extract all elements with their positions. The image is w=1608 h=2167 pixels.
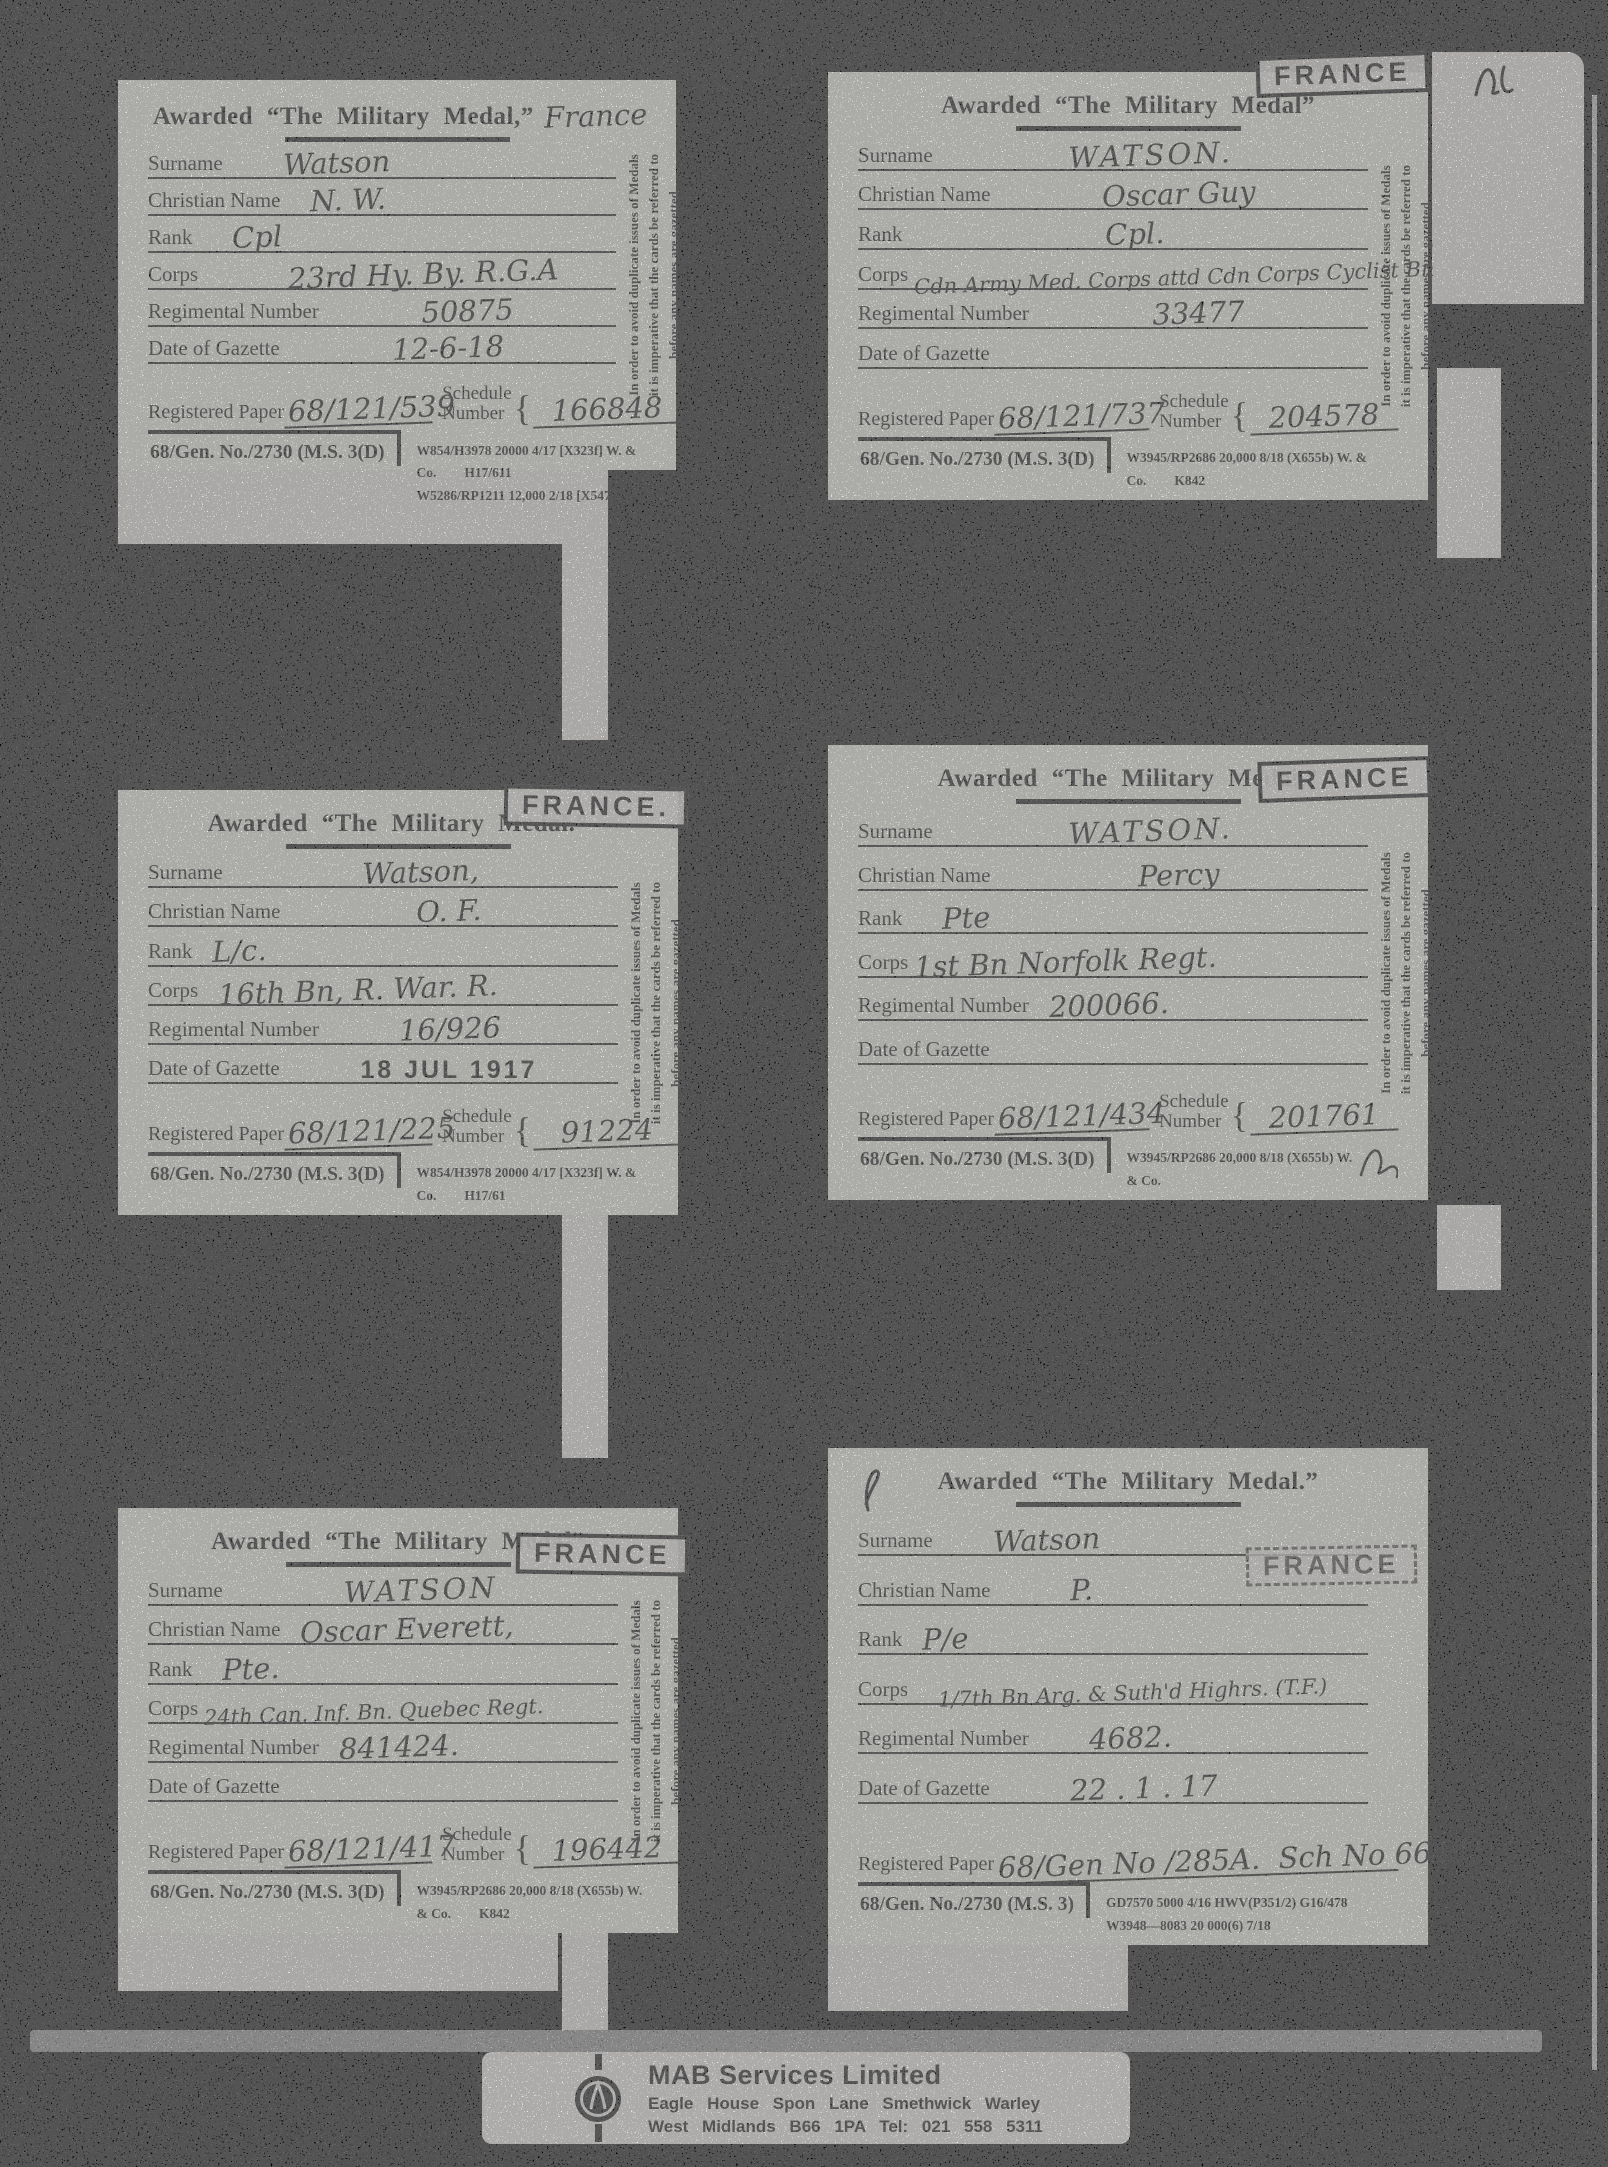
field-value: 22 . 1 . 17 (1069, 1771, 1218, 1805)
field-label: Regimental Number (858, 301, 1029, 326)
title-rule (1016, 126, 1241, 131)
form-code: 68/Gen. No./2730 (M.S. 3(D) (148, 1870, 401, 1906)
field-value (990, 361, 1368, 374)
card-fields: SurnameWATSON. Christian NameOscar Guy R… (858, 131, 1368, 371)
field-value: P/e (922, 1625, 969, 1656)
card-header: Awarded “The Military Medal” (858, 92, 1398, 131)
form-code: 68/Gen. No./2730 (M.S. 3(D) (148, 1152, 401, 1188)
form-code: 68/Gen. No./2730 (M.S. 3(D) (148, 430, 401, 466)
footer-text: MAB Services Limited Eagle House Spon La… (648, 2060, 1043, 2137)
duplicate-issue-warning: In order to avoid duplicate issues of Me… (1378, 72, 1434, 500)
registered-paper-value: 68/121/417 (284, 1833, 433, 1869)
field-christian-name: Christian NameO. F. (148, 890, 618, 927)
field-label: Registered Paper (148, 401, 284, 424)
field-label: Rank (148, 225, 192, 250)
field-surname: SurnameWATSON. (858, 134, 1368, 171)
field-label: Christian Name (858, 182, 990, 207)
form-code: 68/Gen. No./2730 (M.S. 3(D) (858, 1137, 1111, 1173)
field-value: 50875 (318, 292, 616, 331)
field-surname: SurnameWatson (148, 142, 616, 179)
card-header: Awarded “The Military Medal.” (858, 1468, 1398, 1507)
scan-shadow-band (118, 740, 678, 792)
brace-glyph: { (1231, 399, 1248, 431)
medal-card-watson-p: FRANCE Awarded “The Military Medal.” Sur… (828, 1448, 1428, 1945)
scan-artifact (562, 1933, 608, 2045)
field-label: Regimental Number (858, 993, 1029, 1018)
title-rule (286, 844, 511, 849)
field-corps: Corps16th Bn, R. War. R. (148, 969, 618, 1006)
scan-shadow-band (30, 2030, 1542, 2052)
card-header: Awarded “The Military Medal,” France (148, 100, 646, 142)
field-label: Corps (148, 978, 198, 1003)
medal-card-watson-oscar-guy: FRANCE Awarded “The Military Medal” Surn… (828, 72, 1428, 500)
scan-shadow-band (140, 34, 676, 82)
print-codes: W3945/RP2686 20,000 8/18 (X655b) W. & Co… (1127, 1137, 1354, 1192)
field-label: Surname (858, 1528, 933, 1553)
registered-paper-value: 68/121/539 (284, 392, 433, 428)
field-value: P. (1070, 1576, 1094, 1606)
card-footer: 68/Gen. No./2730 (M.S. 3(D) W854/H3978 2… (148, 430, 646, 507)
field-label: Rank (148, 939, 192, 964)
field-value: Watson (992, 1525, 1100, 1558)
medal-card-watson-nw: Awarded “The Military Medal,” France Sur… (118, 80, 676, 470)
field-regimental-number: Regimental Number16/926 (148, 1008, 618, 1045)
print-line: W5286/RP1211 12,000 2/18 [X547d] (417, 485, 646, 507)
field-corps: Corps24th Can. Inf. Bn. Quebec Regt. (148, 1687, 618, 1724)
field-rank: RankCpl (148, 216, 616, 253)
france-stamp: FRANCE (1245, 1545, 1416, 1587)
field-rank: RankP/e (858, 1618, 1368, 1655)
france-stamp: FRANCE (1257, 756, 1431, 803)
field-regimental-number: Regimental Number33477 (858, 292, 1368, 329)
field-date-of-gazette: Date of Gazette (858, 1028, 1368, 1065)
field-label: Regimental Number (858, 1726, 1029, 1751)
field-value: WATSON (222, 1569, 618, 1612)
field-value: 4682. (1088, 1723, 1172, 1755)
field-value: Pte (942, 904, 991, 935)
field-label: Registered Paper (858, 408, 994, 431)
field-rank: RankPte. (148, 1648, 618, 1685)
field-label: Registered Paper (858, 1853, 994, 1876)
field-label: Rank (148, 1657, 192, 1682)
card-footer: 68/Gen. No./2730 (M.S. 3(D) W854/H3978 2… (148, 1152, 648, 1207)
card-footer: 68/Gen. No./2730 (M.S. 3(D) W3945/RP2686… (858, 437, 1398, 492)
field-label: Corps (148, 262, 198, 287)
scan-artifact (1437, 368, 1501, 558)
registered-paper-value: 68/121/737 (994, 400, 1150, 436)
field-surname: SurnameWATSON. (858, 810, 1368, 847)
scan-artifact (562, 470, 608, 745)
scan-artifact (562, 1215, 608, 1460)
footer-address-line1: Eagle House Spon Lane Smethwick Warley (648, 2094, 1043, 2114)
field-value: N. W. (310, 185, 387, 217)
scan-artifact (118, 1933, 558, 1991)
print-line: W3945/RP2686 20,000 8/18 (X655b) W. & Co… (1127, 1147, 1354, 1192)
registered-paper-row: Registered Paper 68/121/737 ScheduleNumb… (858, 379, 1398, 431)
field-value: 12-6-18 (279, 328, 616, 369)
field-label: Surname (148, 1578, 223, 1603)
print-codes: GD7570 5000 4/16 HWV(P351/2) G16/478 W39… (1106, 1882, 1348, 1937)
field-value: 1st Bn Norfolk Regt. (914, 943, 1218, 983)
field-surname: SurnameWatson, (148, 851, 618, 888)
france-stamp: FRANCE. (504, 784, 689, 828)
field-value: Oscar Everett, (300, 1612, 514, 1648)
field-value: O. F. (280, 892, 618, 933)
field-label: Christian Name (148, 899, 280, 924)
scan-artifact (1437, 1205, 1501, 1290)
field-value: 200066. (1048, 989, 1169, 1022)
field-label: Christian Name (858, 863, 990, 888)
field-label: Corps (858, 1677, 908, 1702)
field-christian-name: Christian NamePercy (858, 854, 1368, 891)
scan-shadow-band (118, 1458, 678, 1510)
field-value: 23rd Hy. By. R.G.A (288, 255, 559, 293)
registered-paper-row: Registered Paper 68/121/417 ScheduleNumb… (148, 1812, 648, 1864)
brace-glyph: { (514, 392, 531, 424)
card-fields: SurnameWATSON Christian NameOscar Everet… (148, 1567, 618, 1804)
field-rank: RankCpl. (858, 213, 1368, 250)
field-label: Registered Paper (148, 1123, 284, 1146)
card-title: Awarded “The Military Medal,” (153, 103, 534, 130)
registered-paper-row: Registered Paper 68/121/539 ScheduleNumb… (148, 372, 646, 424)
field-value: 16/926 (398, 1013, 501, 1046)
schedule-number-value: Sch No 66491. (1278, 1834, 1497, 1876)
field-label: Rank (858, 906, 902, 931)
gazette-date-stamp: 18 JUL 1917 (280, 1058, 618, 1083)
registered-paper-row: Registered Paper 68/121/434 ScheduleNumb… (858, 1079, 1398, 1131)
card-footer: 68/Gen. No./2730 (M.S. 3(D) W3945/RP2686… (148, 1870, 648, 1925)
card-title: Awarded “The Military Medal.” (938, 1468, 1319, 1495)
title-rule (1016, 1502, 1241, 1507)
field-label: Date of Gazette (148, 336, 280, 361)
scan-shadow-band (828, 696, 1432, 747)
field-date-of-gazette: Date of Gazette22 . 1 . 17 (858, 1767, 1368, 1804)
field-label: Surname (858, 143, 933, 168)
field-value: Watson (282, 147, 390, 180)
card-footer: 68/Gen. No./2730 (M.S. 3(D) W3945/RP2686… (858, 1137, 1398, 1192)
field-label: Surname (148, 151, 223, 176)
field-date-of-gazette: Date of Gazette12-6-18 (148, 327, 616, 364)
print-line: W854/H3978 20000 4/17 [X323f] W. & Co.H1… (417, 440, 646, 485)
france-stamp: FRANCE (1255, 51, 1429, 98)
registered-paper-value: 68/121/434 (994, 1100, 1150, 1136)
field-regimental-number: Regimental Number200066. (858, 984, 1368, 1021)
field-label: Christian Name (148, 188, 280, 213)
footer-company: MAB Services Limited (648, 2060, 1043, 2091)
field-label: Corps (858, 262, 908, 287)
registered-paper-row: Registered Paper 68/Gen No /285A. Sch No… (858, 1824, 1398, 1876)
field-regimental-number: Regimental Number50875 (148, 290, 616, 327)
field-christian-name: Christian NameOscar Everett, (148, 1608, 618, 1645)
medal-card-watson-oscar-everett: FRANCE Awarded “The Military Medal” Surn… (118, 1508, 678, 1933)
field-label: Date of Gazette (148, 1056, 280, 1081)
registered-paper-row: Registered Paper 68/121/225 ScheduleNumb… (148, 1094, 648, 1146)
field-regimental-number: Regimental Number4682. (858, 1717, 1368, 1754)
field-label: Rank (858, 222, 902, 247)
field-corps: Corps23rd Hy. By. R.G.A (148, 253, 616, 290)
registered-paper-value: 68/Gen No /285A. Sch No 66491. (994, 1840, 1399, 1885)
field-label: Surname (148, 860, 223, 885)
scan-shadow-band (828, 1398, 1432, 1450)
field-value: WATSON. (932, 133, 1368, 177)
print-codes: W3945/RP2686 20,000 8/18 (X655b) W. & Co… (1127, 437, 1398, 492)
field-value (990, 1057, 1368, 1070)
field-label: Date of Gazette (858, 1037, 990, 1062)
card-body: Awarded “The Military Medal.” SurnameWAT… (828, 745, 1428, 1200)
france-stamp: FRANCE (515, 1532, 688, 1576)
scan-artifact (1592, 95, 1597, 2070)
card-fields: SurnameWatson, Christian NameO. F. RankL… (148, 849, 618, 1086)
print-line: W3948—8083 20 000(6) 7/18 (1106, 1915, 1348, 1937)
duplicate-issue-warning: In order to avoid duplicate issues of Me… (626, 80, 682, 470)
field-label: Regimental Number (148, 1735, 319, 1760)
field-corps: CorpsCdn Army Med. Corps attd Cdn Corps … (858, 253, 1368, 290)
field-label: Date of Gazette (858, 1776, 990, 1801)
field-value: 1/7th Bn Arg. & Suth'd Highrs. (T.F.) (938, 1676, 1328, 1711)
field-label: Corps (148, 1696, 198, 1721)
schedule-label: ScheduleNumber (1159, 392, 1229, 432)
brace-glyph: { (514, 1832, 531, 1864)
field-label: Christian Name (858, 1578, 990, 1603)
print-line: W854/H3978 20000 4/17 [X323f] W. & Co.H1… (417, 1162, 648, 1207)
card-fields: SurnameWATSON. Christian NamePercy RankP… (858, 804, 1368, 1071)
field-value: 16th Bn, R. War. R. (218, 971, 499, 1010)
schedule-label: ScheduleNumber (1159, 1092, 1229, 1132)
mab-logo (574, 2054, 622, 2142)
field-date-of-gazette: Date of Gazette18 JUL 1917 (148, 1047, 618, 1084)
field-label: Corps (858, 950, 908, 975)
field-christian-name: Christian NameN. W. (148, 179, 616, 216)
card-footer: 68/Gen. No./2730 (M.S. 3) GD7570 5000 4/… (858, 1882, 1398, 1937)
field-value: L/c. (212, 936, 267, 967)
field-christian-name: Christian NameOscar Guy (858, 173, 1368, 210)
field-label: Rank (858, 1627, 902, 1652)
field-value: 24th Can. Inf. Bn. Quebec Regt. (204, 1696, 544, 1729)
field-rank: RankL/c. (148, 930, 618, 967)
field-label: Date of Gazette (148, 1774, 280, 1799)
scanned-page: Awarded “The Military Medal,” France Sur… (0, 0, 1608, 2167)
pen-mark (854, 1460, 890, 1516)
registered-paper-value: 68/121/225 (284, 1115, 433, 1151)
field-label: Regimental Number (148, 1017, 319, 1042)
pen-scribble (1468, 55, 1530, 107)
field-regimental-number: Regimental Number841424. (148, 1726, 618, 1763)
field-label: Christian Name (148, 1617, 280, 1642)
print-codes: W854/H3978 20000 4/17 [X323f] W. & Co.H1… (417, 430, 646, 507)
field-value: 841424. (338, 1731, 459, 1764)
brace-glyph: { (1231, 1099, 1248, 1131)
medal-card-watson-of: FRANCE. Awarded “The Military Medal.” Su… (118, 790, 678, 1215)
field-value: WATSON. (932, 810, 1368, 854)
field-value: Oscar Guy (990, 174, 1368, 216)
field-surname: SurnameWATSON (148, 1569, 618, 1606)
card-body: Awarded “The Military Medal,” France Sur… (118, 80, 676, 470)
field-label: Registered Paper (148, 1841, 284, 1864)
brace-glyph: { (514, 1114, 531, 1146)
field-label: Date of Gazette (858, 341, 990, 366)
field-date-of-gazette: Date of Gazette (148, 1765, 618, 1802)
scan-artifact (828, 1945, 1128, 2011)
field-value (280, 1795, 618, 1807)
field-value: Cpl (232, 222, 283, 253)
print-line: W3945/RP2686 20,000 8/18 (X655b) W. & Co… (1127, 447, 1398, 492)
mab-footer: MAB Services Limited Eagle House Spon La… (482, 2052, 1130, 2144)
field-rank: RankPte (858, 897, 1368, 934)
field-value: Pte. (222, 1654, 281, 1685)
field-date-of-gazette: Date of Gazette (858, 332, 1368, 369)
field-corps: Corps1/7th Bn Arg. & Suth'd Highrs. (T.F… (858, 1668, 1368, 1705)
title-rule (286, 1562, 511, 1567)
medal-card-watson-percy: FRANCE Awarded “The Military Medal.” Sur… (828, 745, 1428, 1200)
field-value: 33477 (1028, 293, 1368, 334)
title-rule (1016, 799, 1241, 804)
card-body: Awarded “The Military Medal.” SurnameWat… (118, 790, 678, 1215)
field-label: Surname (858, 819, 933, 844)
print-codes: W3945/RP2686 20,000 8/18 (X655b) W. & Co… (417, 1870, 648, 1925)
duplicate-issue-warning: In order to avoid duplicate issues of Me… (1378, 745, 1434, 1200)
card-body: Awarded “The Military Medal.” SurnameWat… (828, 1448, 1428, 1945)
duplicate-issue-warning: In order to avoid duplicate issues of Me… (628, 790, 684, 1215)
card-body: Awarded “The Military Medal” SurnameWATS… (828, 72, 1428, 500)
field-corps: Corps1st Bn Norfolk Regt. (858, 941, 1368, 978)
footer-address-line2: West Midlands B66 1PA Tel: 021 558 5311 (648, 2117, 1043, 2137)
field-value: Watson, (222, 851, 618, 894)
print-codes: W854/H3978 20000 4/17 [X323f] W. & Co.H1… (417, 1152, 648, 1207)
field-value: Percy (990, 854, 1368, 896)
card-fields: SurnameWatson Christian NameN. W. RankCp… (148, 142, 616, 364)
form-code: 68/Gen. No./2730 (M.S. 3) (858, 1882, 1090, 1918)
field-label: Regimental Number (148, 299, 319, 324)
field-value: Cpl. (902, 212, 1368, 257)
print-line: GD7570 5000 4/16 HWV(P351/2) G16/478 (1106, 1892, 1348, 1914)
form-code: 68/Gen. No./2730 (M.S. 3(D) (858, 437, 1111, 473)
field-label: Registered Paper (858, 1108, 994, 1131)
print-line: W3945/RP2686 20,000 8/18 (X655b) W. & Co… (417, 1880, 648, 1925)
